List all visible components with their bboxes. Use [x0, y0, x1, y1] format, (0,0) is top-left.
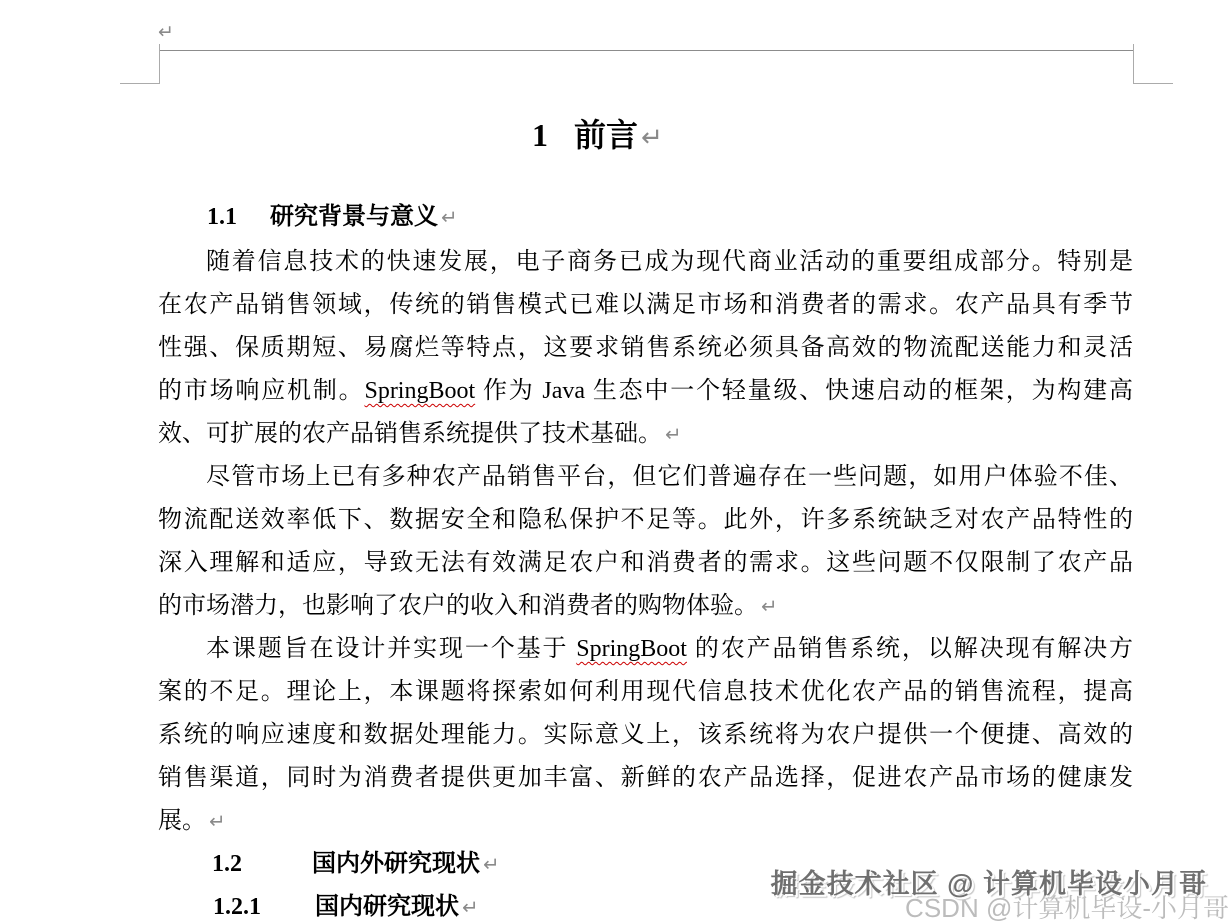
- heading-number: 1.2.1: [213, 886, 315, 923]
- paragraph-line[interactable]: 尽管市场上已有多种农产品销售平台，但它们普遍存在一些问题，如用户体验不佳、: [158, 456, 1133, 499]
- paragraph-mark-icon: ↵: [462, 896, 478, 919]
- chapter-title-text: 前言: [574, 117, 638, 153]
- paragraph-mark-icon: ↵: [441, 206, 457, 229]
- paragraph-line[interactable]: 物流配送效率低下、数据安全和隐私保护不足等。此外，许多系统缺乏对农产品特性的: [158, 499, 1133, 542]
- chapter-title-inner: 1前言↵: [532, 110, 663, 163]
- paragraph-line[interactable]: 的市场潜力，也影响了农户的收入和消费者的购物体验。↵: [158, 585, 1133, 628]
- paragraph-line[interactable]: 系统的响应速度和数据处理能力。实际意义上，该系统将为农户提供一个便捷、高效的: [158, 714, 1133, 757]
- paragraph-mark-icon: ↵: [641, 123, 663, 153]
- juejin-watermark: 掘金技术社区 @ 计算机毕设小月哥: [771, 862, 1207, 901]
- heading-number: 1.2: [212, 843, 312, 886]
- paragraph-line[interactable]: 销售渠道，同时为消费者提供更加丰富、新鲜的农产品选择，促进农产品市场的健康发: [158, 757, 1133, 800]
- misspelled-word: SpringBoot: [576, 636, 687, 662]
- heading-1-1[interactable]: 1.1研究背景与意义↵: [158, 196, 1182, 239]
- paragraph-mark-icon: ↵: [761, 595, 777, 618]
- heading-number: 1.1: [207, 196, 270, 239]
- heading-text: 研究背景与意义: [270, 204, 438, 230]
- paragraph-line[interactable]: 随着信息技术的快速发展，电子商务已成为现代商业活动的重要组成部分。特别是: [158, 241, 1133, 284]
- paragraph-line[interactable]: 案的不足。理论上，本课题将探索如何利用现代信息技术优化农产品的销售流程，提高: [158, 671, 1133, 714]
- crop-mark-top-left-horizontal: [120, 83, 160, 84]
- header-paragraph-mark-icon: ↵: [158, 21, 174, 43]
- paragraph-mark-icon: ↵: [209, 810, 225, 833]
- crop-mark-top-right-vertical: [1133, 44, 1134, 84]
- paragraph-line[interactable]: 在农产品销售领域，传统的销售模式已难以满足市场和消费者的需求。农产品具有季节: [158, 284, 1133, 327]
- paragraph-mark-icon: ↵: [483, 853, 499, 876]
- word-page: { "marks": { "pilcrow": "↵", "color": "#…: [0, 0, 1231, 923]
- header-boundary-line: [159, 50, 1134, 51]
- paragraph-line[interactable]: 展。↵: [158, 800, 1133, 843]
- paragraph-mark-icon: ↵: [665, 423, 681, 446]
- crop-mark-top-right-horizontal: [1133, 83, 1173, 84]
- heading-text: 国内外研究现状: [312, 851, 480, 877]
- paragraph-line[interactable]: 深入理解和适应，导致无法有效满足农户和消费者的需求。这些问题不仅限制了农产品: [158, 542, 1133, 585]
- paragraph-line[interactable]: 的市场响应机制。SpringBoot 作为 Java 生态中一个轻量级、快速启动…: [158, 370, 1133, 413]
- document-body: 随着信息技术的快速发展，电子商务已成为现代商业活动的重要组成部分。特别是在农产品…: [158, 241, 1133, 923]
- crop-mark-top-left-vertical: [159, 44, 160, 84]
- paragraph-line[interactable]: 本课题旨在设计并实现一个基于 SpringBoot 的农产品销售系统，以解决现有…: [158, 628, 1133, 671]
- chapter-number: 1: [532, 117, 548, 153]
- paragraphs: 随着信息技术的快速发展，电子商务已成为现代商业活动的重要组成部分。特别是在农产品…: [158, 241, 1133, 843]
- paragraph-line[interactable]: 效、可扩展的农产品销售系统提供了技术基础。↵: [158, 413, 1133, 456]
- chapter-title[interactable]: 1前言↵: [158, 110, 1133, 160]
- misspelled-word: SpringBoot: [364, 378, 475, 404]
- heading-text: 国内研究现状: [315, 894, 459, 920]
- paragraph-line[interactable]: 性强、保质期短、易腐烂等特点，这要求销售系统必须具备高效的物流配送能力和灵活: [158, 327, 1133, 370]
